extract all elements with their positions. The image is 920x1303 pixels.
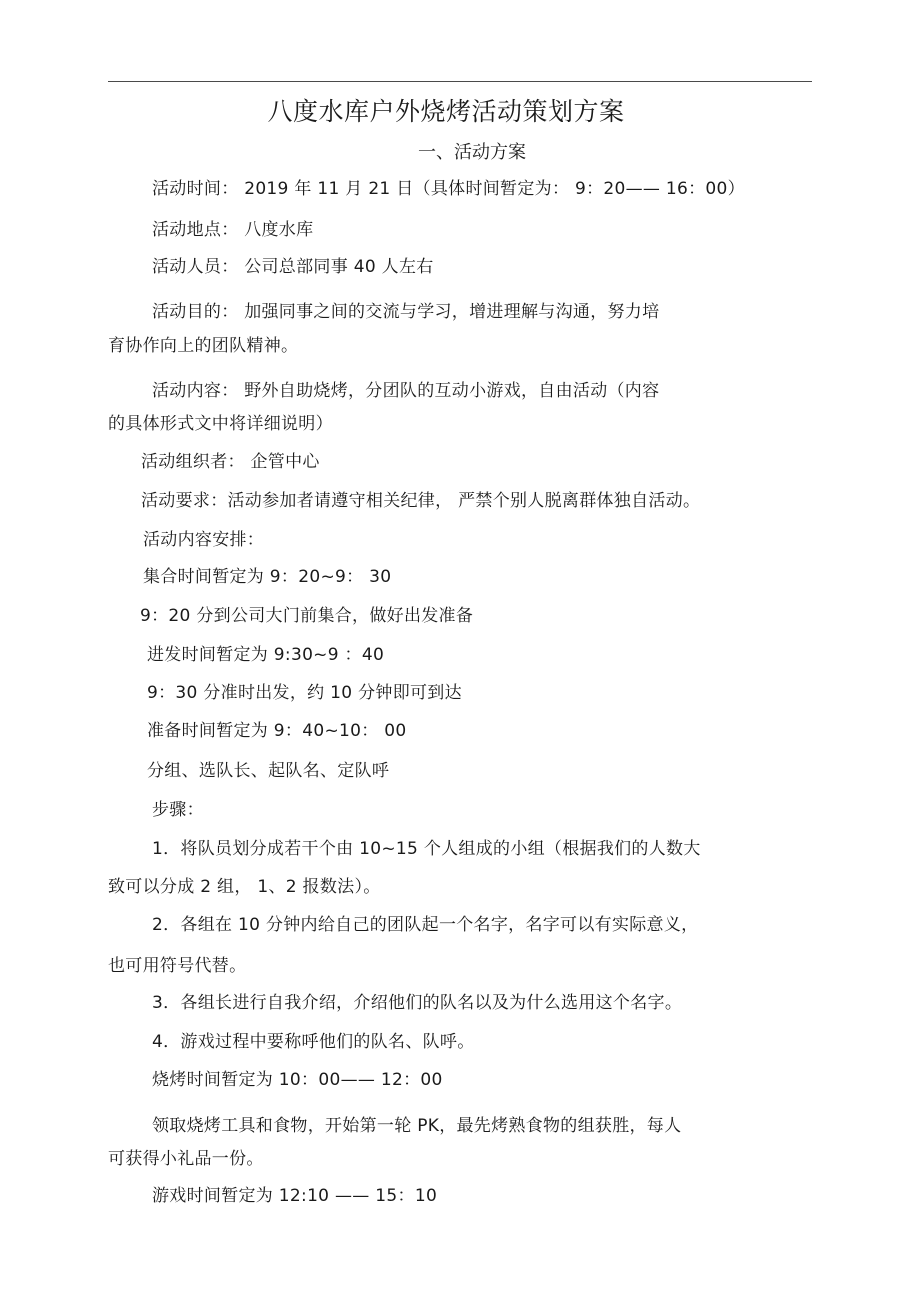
activity-purpose-line-1: 活动目的： 加强同事之间的交流与学习，增进理解与沟通，努力培: [152, 302, 659, 322]
bbq-desc-line-2: 可获得小礼品一份。: [108, 1149, 264, 1169]
bbq-desc-line-1: 领取烧烤工具和食物，开始第一轮 PK，最先烤熟食物的组获胜，每人: [152, 1116, 681, 1136]
activity-organizer-line: 活动组织者： 企管中心: [141, 452, 320, 472]
bbq-time-line: 烧烤时间暂定为 10：00—— 12：00: [152, 1070, 443, 1090]
step-1-line-2: 致可以分成 2 组， 1、2 报数法）。: [108, 877, 381, 897]
gather-time-line: 集合时间暂定为 9：20~9： 30: [143, 567, 391, 587]
header-rule: [108, 81, 812, 82]
depart-time-line: 进发时间暂定为 9:30~9 ：40: [147, 645, 384, 665]
prep-desc-line: 分组、选队长、起队名、定队呼: [147, 761, 389, 781]
prep-time-line: 准备时间暂定为 9：40~10： 00: [147, 721, 406, 741]
step-2-line-2: 也可用符号代替。: [108, 956, 246, 976]
gather-desc-line: 9：20 分到公司大门前集合，做好出发准备: [140, 606, 473, 626]
depart-desc-line: 9：30 分准时出发，约 10 分钟即可到达: [147, 683, 462, 703]
activity-requirement-line: 活动要求：活动参加者请遵守相关纪律， 严禁个别人脱离群体独自活动。: [141, 491, 700, 511]
activity-time-line: 活动时间： 2019 年 11 月 21 日（具体时间暂定为： 9：20—— 1…: [152, 179, 745, 199]
steps-heading: 步骤：: [152, 800, 204, 820]
document-title: 八度水库户外烧烤活动策划方案: [0, 97, 920, 127]
activity-people-line: 活动人员： 公司总部同事 40 人左右: [152, 257, 434, 277]
document-title-text: 八度水库户外烧烤活动策划方案: [267, 97, 624, 127]
step-1-line-1: 1．将队员划分成若干个由 10~15 个人组成的小组（根据我们的人数大: [152, 839, 701, 859]
section-heading: 一、活动方案: [418, 142, 526, 164]
schedule-heading: 活动内容安排：: [143, 530, 264, 550]
activity-location-line: 活动地点： 八度水库: [152, 220, 313, 240]
activity-purpose-line-2: 育协作向上的团队精神。: [108, 336, 298, 356]
step-4-line: 4．游戏过程中要称呼他们的队名、队呼。: [152, 1032, 475, 1052]
step-3-line: 3．各组长进行自我介绍，介绍他们的队名以及为什么选用这个名字。: [152, 993, 682, 1013]
activity-content-line-2: 的具体形式文中将详细说明）: [108, 414, 333, 434]
game-time-line: 游戏时间暂定为 12:10 —— 15：10: [152, 1186, 437, 1206]
activity-content-line-1: 活动内容： 野外自助烧烤，分团队的互动小游戏，自由活动（内容: [152, 381, 659, 401]
step-2-line-1: 2．各组在 10 分钟内给自己的团队起一个名字，名字可以有实际意义，: [152, 915, 698, 935]
